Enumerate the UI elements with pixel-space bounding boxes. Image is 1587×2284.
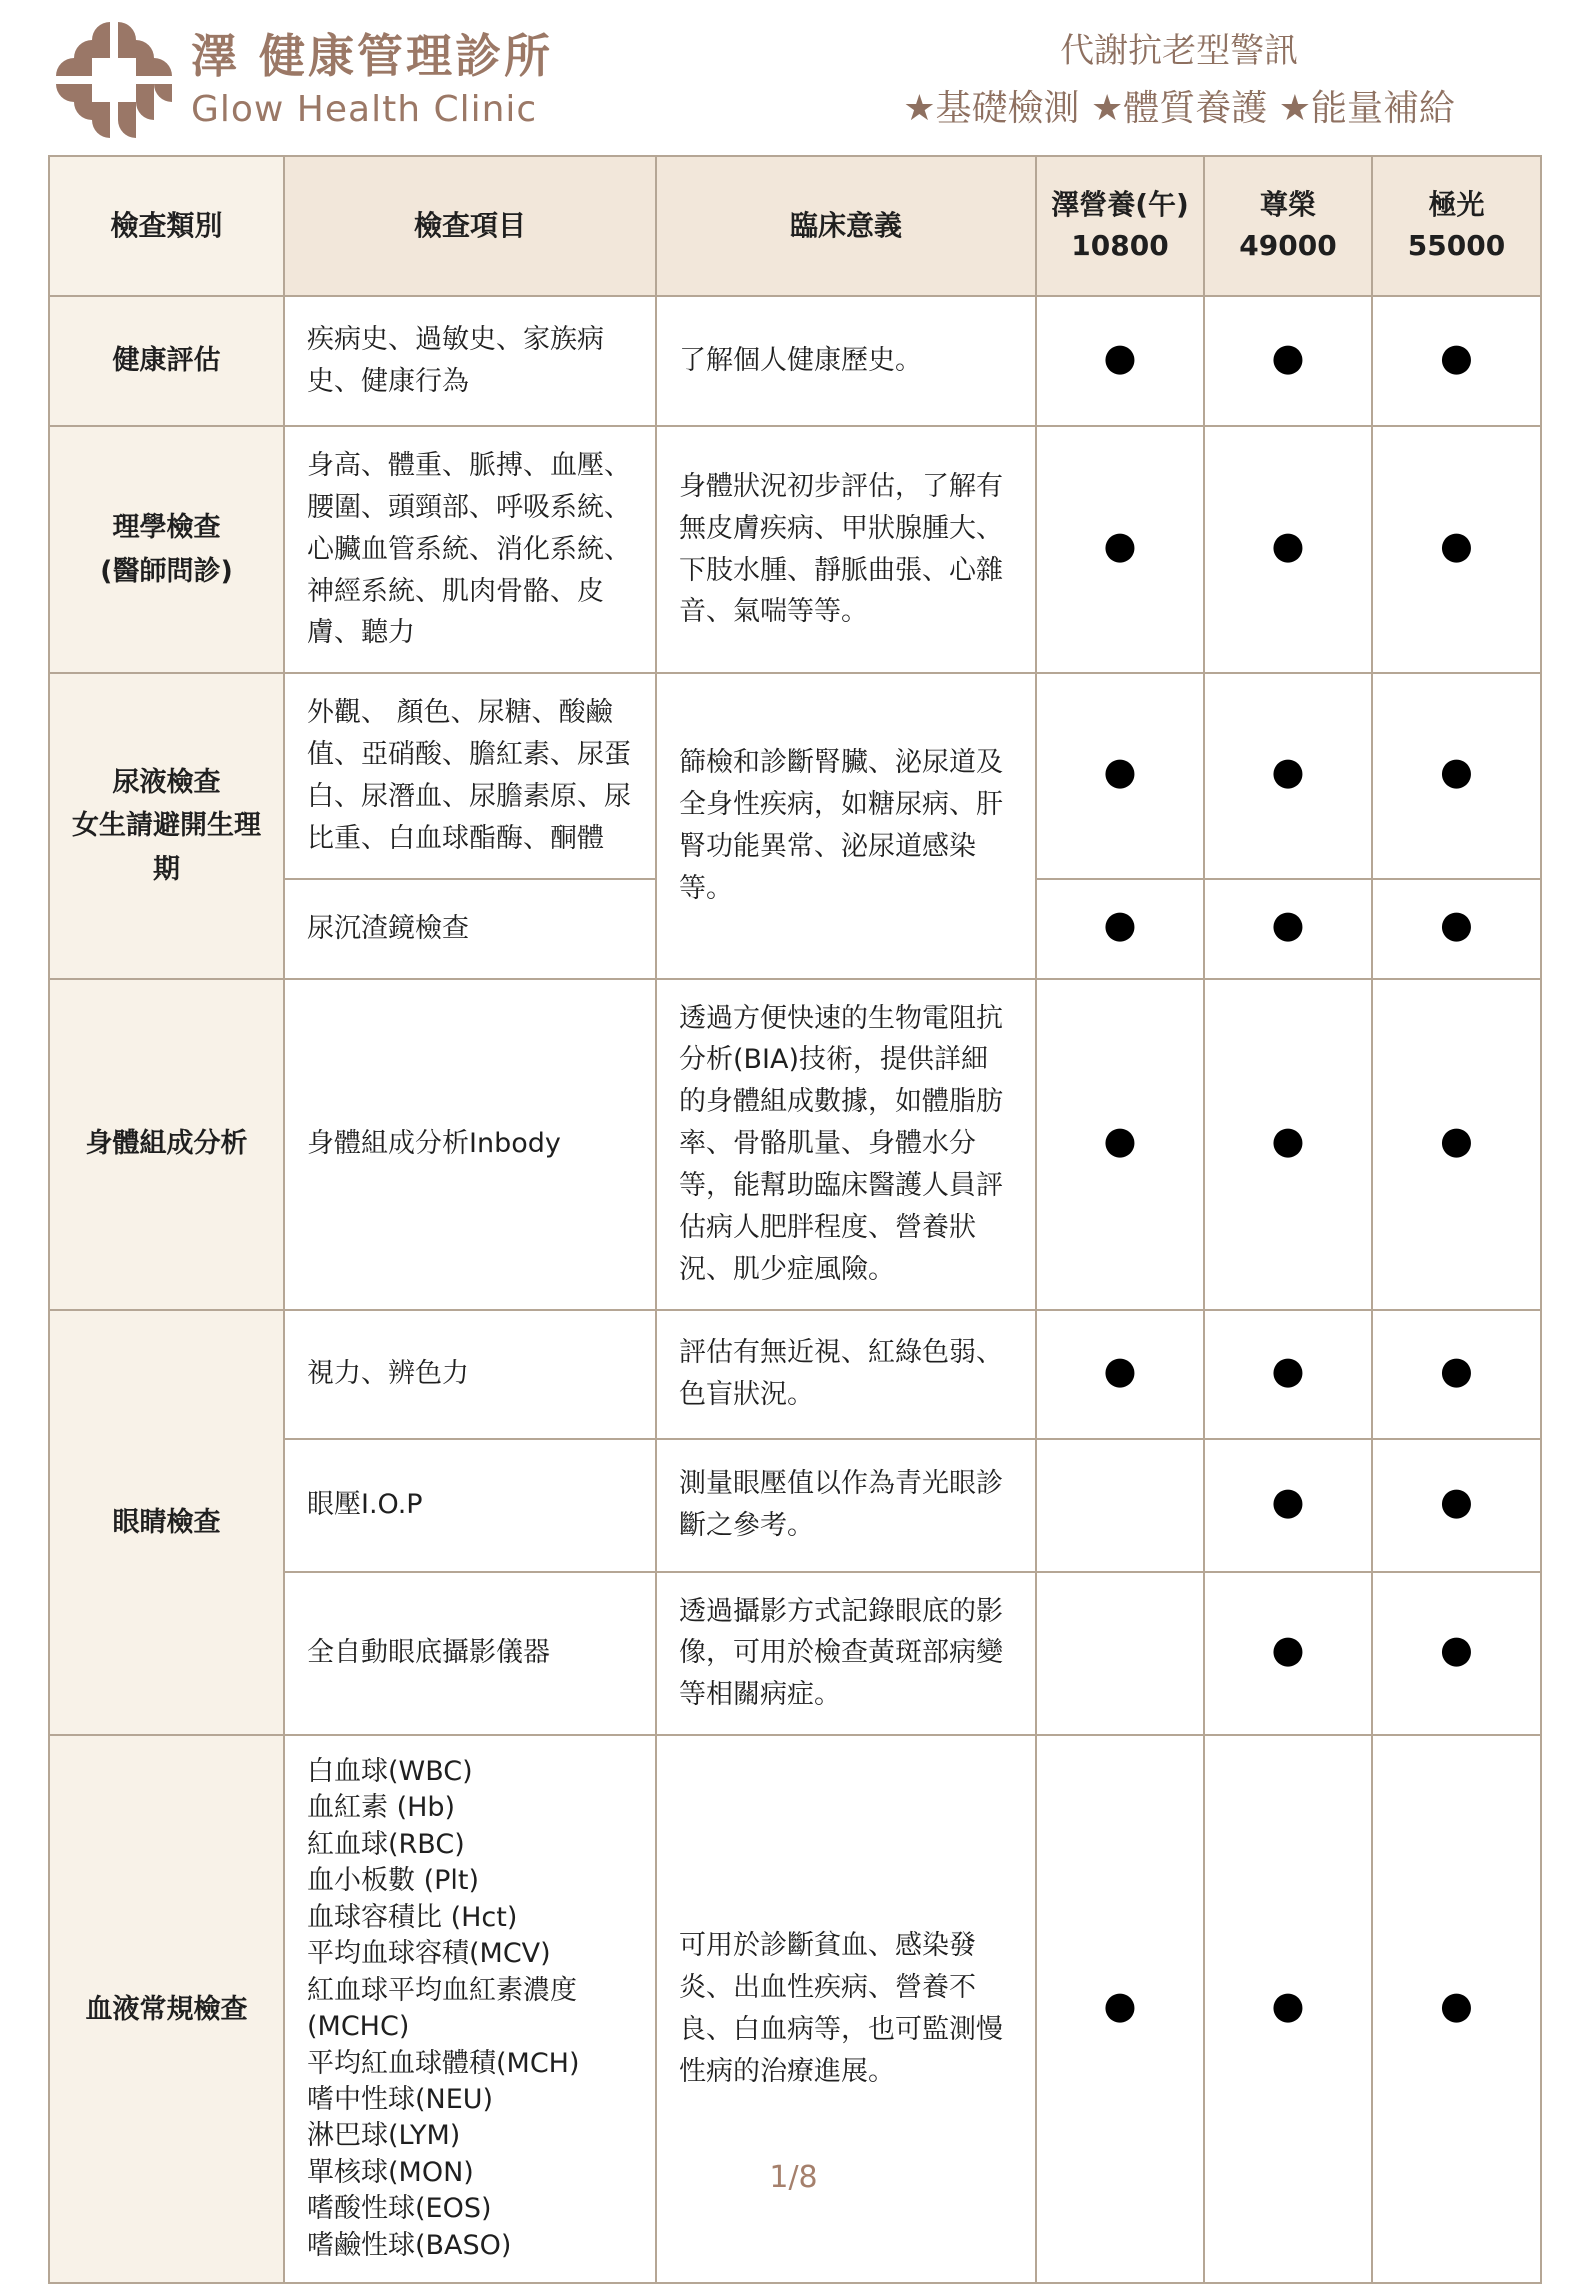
mark-cell [1036,1572,1204,1736]
items-cell: 視力、辨色力 [284,1310,656,1439]
mark-cell: ● [1372,879,1541,979]
mark-cell: ● [1036,1310,1204,1439]
table-row: 健康評估 疾病史、過敏史、家族病史、健康行為 了解個人健康歷史。 ● ● ● [49,296,1541,426]
mark-cell: ● [1036,426,1204,673]
included-dot: ● [1271,1118,1304,1162]
included-dot: ● [1271,902,1304,946]
mark-cell: ● [1204,1310,1372,1439]
included-dot: ● [1440,523,1473,567]
clinic-logo-icon [55,22,173,138]
mark-cell: ● [1036,879,1204,979]
category-cell: 理學檢查 (醫師問診) [49,426,284,673]
included-dot: ● [1271,335,1304,379]
included-dot: ● [1103,1348,1136,1392]
col-header-category: 檢查類別 [49,156,284,296]
meaning-cell: 身體狀況初步評估，了解有無皮膚疾病、甲狀腺腫大、下肢水腫、靜脈曲張、心雜音、氣喘… [656,426,1036,673]
included-dot: ● [1440,749,1473,793]
category-cell: 眼睛檢查 [49,1310,284,1736]
items-cell: 全自動眼底攝影儀器 [284,1572,656,1736]
included-dot: ● [1103,335,1136,379]
table-row: 血液常規檢查 白血球(WBC) 血紅素 (Hb) 紅血球(RBC) 血小板數 (… [49,1735,1541,2283]
included-dot: ● [1103,523,1136,567]
included-dot: ● [1103,1118,1136,1162]
mark-cell: ● [1204,426,1372,673]
mark-cell: ● [1204,879,1372,979]
category-cell: 血液常規檢查 [49,1735,284,2283]
meaning-cell: 篩檢和診斷腎臟、泌尿道及全身性疾病，如糖尿病、肝腎功能異常、泌尿道感染等。 [656,673,1036,978]
included-dot: ● [1440,1627,1473,1671]
mark-cell: ● [1372,673,1541,878]
items-cell: 身高、體重、脈搏、血壓、腰圍、頭頸部、呼吸系統、心臟血管系統、消化系統、神經系統… [284,426,656,673]
included-dot: ● [1271,1348,1304,1392]
clinic-name-en: Glow Health Clinic [191,88,553,131]
included-dot: ● [1103,749,1136,793]
mark-cell: ● [1204,979,1372,1310]
included-dot: ● [1271,1479,1304,1523]
items-cell: 白血球(WBC) 血紅素 (Hb) 紅血球(RBC) 血小板數 (Plt) 血球… [284,1735,656,2283]
mark-cell: ● [1036,1735,1204,2283]
meaning-cell: 透過方便快速的生物電阻抗分析(BIA)技術，提供詳細的身體組成數據，如體脂肪率、… [656,979,1036,1310]
category-cell: 健康評估 [49,296,284,426]
included-dot: ● [1271,1983,1304,2027]
mark-cell: ● [1204,1572,1372,1736]
plan-title: 代謝抗老型警訊 [903,28,1455,76]
included-dot: ● [1440,902,1473,946]
col-header-package-3: 極光 55000 [1372,156,1541,296]
plan-slogan: 代謝抗老型警訊 ★基礎檢測 ★體質養護 ★能量補給 [903,28,1455,136]
items-cell: 眼壓I.O.P [284,1439,656,1572]
mark-cell: ● [1204,1735,1372,2283]
package-comparison-table: 檢查類別 檢查項目 臨床意義 澤營養(午) 10800 尊榮 49000 極光 … [48,155,1542,2284]
items-cell: 外觀、 顏色、尿糖、酸鹼值、亞硝酸、膽紅素、尿蛋白、尿潛血、尿膽素原、尿比重、白… [284,673,656,878]
mark-cell: ● [1372,979,1541,1310]
included-dot: ● [1440,1118,1473,1162]
category-cell: 尿液檢查 女生請避開生理期 [49,673,284,978]
included-dot: ● [1440,335,1473,379]
clinic-name-zh: 澤 健康管理診所 [191,29,553,84]
items-cell: 疾病史、過敏史、家族病史、健康行為 [284,296,656,426]
meaning-cell: 測量眼壓值以作為青光眼診斷之參考。 [656,1439,1036,1572]
mark-cell: ● [1036,296,1204,426]
table-row: 理學檢查 (醫師問診) 身高、體重、脈搏、血壓、腰圍、頭頸部、呼吸系統、心臟血管… [49,426,1541,673]
mark-cell: ● [1372,1439,1541,1572]
included-dot: ● [1440,1983,1473,2027]
mark-cell: ● [1204,673,1372,878]
included-dot: ● [1271,749,1304,793]
mark-cell: ● [1036,673,1204,878]
mark-cell: ● [1372,1310,1541,1439]
mark-cell: ● [1036,979,1204,1310]
col-header-meaning: 臨床意義 [656,156,1036,296]
mark-cell: ● [1372,1572,1541,1736]
mark-cell: ● [1372,296,1541,426]
plan-features: ★基礎檢測 ★體質養護 ★能量補給 [903,82,1455,136]
meaning-cell: 可用於診斷貧血、感染發炎、出血性疾病、營養不良、白血病等，也可監測慢性病的治療進… [656,1735,1036,2283]
mark-cell: ● [1372,1735,1541,2283]
mark-cell: ● [1204,296,1372,426]
meaning-cell: 透過攝影方式記錄眼底的影像，可用於檢查黃斑部病變等相關病症。 [656,1572,1036,1736]
mark-cell: ● [1204,1439,1372,1572]
included-dot: ● [1103,1983,1136,2027]
included-dot: ● [1440,1348,1473,1392]
included-dot: ● [1440,1479,1473,1523]
meaning-cell: 評估有無近視、紅綠色弱、色盲狀況。 [656,1310,1036,1439]
category-cell: 身體組成分析 [49,979,284,1310]
mark-cell [1036,1439,1204,1572]
included-dot: ● [1271,1627,1304,1671]
brand: 澤 健康管理診所 Glow Health Clinic [55,22,553,138]
items-cell: 身體組成分析Inbody [284,979,656,1310]
brand-text: 澤 健康管理診所 Glow Health Clinic [191,29,553,131]
table-row: 身體組成分析 身體組成分析Inbody 透過方便快速的生物電阻抗分析(BIA)技… [49,979,1541,1310]
page-header: 澤 健康管理診所 Glow Health Clinic 代謝抗老型警訊 ★基礎檢… [0,0,1587,150]
table-header-row: 檢查類別 檢查項目 臨床意義 澤營養(午) 10800 尊榮 49000 極光 … [49,156,1541,296]
mark-cell: ● [1372,426,1541,673]
included-dot: ● [1103,902,1136,946]
table-row: 尿液檢查 女生請避開生理期 外觀、 顏色、尿糖、酸鹼值、亞硝酸、膽紅素、尿蛋白、… [49,673,1541,878]
meaning-cell: 了解個人健康歷史。 [656,296,1036,426]
included-dot: ● [1271,523,1304,567]
items-cell: 尿沉渣鏡檢查 [284,879,656,979]
page-number: 1/8 [0,2160,1587,2195]
col-header-package-2: 尊榮 49000 [1204,156,1372,296]
table-row: 眼睛檢查 視力、辨色力 評估有無近視、紅綠色弱、色盲狀況。 ● ● ● [49,1310,1541,1439]
col-header-package-1: 澤營養(午) 10800 [1036,156,1204,296]
col-header-items: 檢查項目 [284,156,656,296]
